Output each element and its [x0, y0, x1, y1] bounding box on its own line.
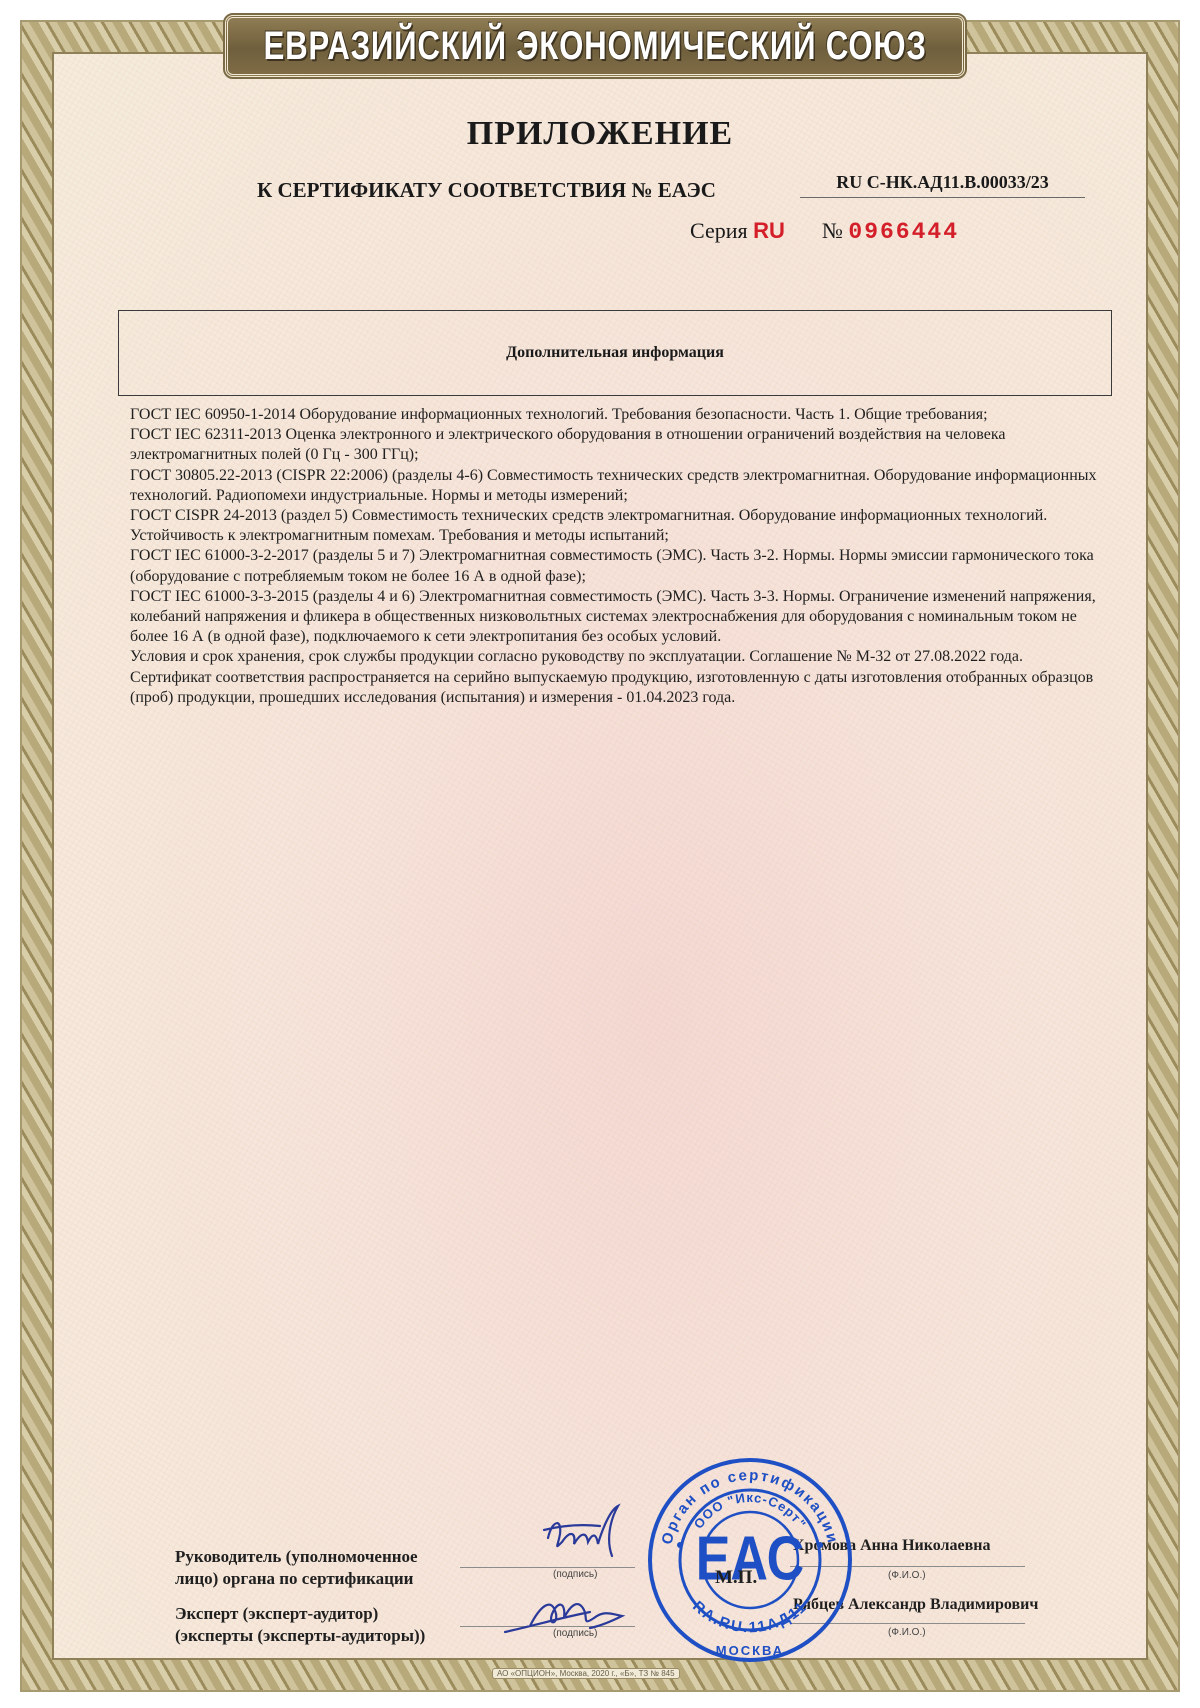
standard-item: ГОСТ IEC 62311-2013 Оценка электронного … [130, 425, 1105, 465]
certificate-sheet [20, 20, 1180, 1692]
document-title: ПРИЛОЖЕНИЕ [0, 115, 1200, 153]
storage-conditions: Условия и срок хранения, срок службы про… [130, 647, 1105, 708]
printer-mark: АО «ОПЦИОН», Москва, 2020 г., «Б», ТЗ № … [492, 1668, 680, 1679]
expert-label: Эксперт (эксперт-аудитор) (эксперты (экс… [175, 1603, 425, 1647]
head-fio-caption: (Ф.И.О.) [888, 1570, 926, 1581]
series-label: Серия [690, 218, 748, 243]
additional-info-title: Дополнительная информация [506, 344, 724, 362]
head-signature [540, 1500, 650, 1570]
series-line: Серия RU № 0966444 [690, 218, 959, 245]
head-label: Руководитель (уполномоченное лицо) орган… [175, 1546, 418, 1590]
eaeu-banner: ЕВРАЗИЙСКИЙ ЭКОНОМИЧЕСКИЙ СОЮЗ [225, 15, 965, 77]
stamp-bottom-text: RA.RU.11АД11 [689, 1598, 811, 1636]
certificate-number: RU С-НК.АД11.В.00033/23 [800, 172, 1085, 198]
expert-fio-caption: (Ф.И.О.) [888, 1627, 926, 1638]
svg-text:RA.RU.11АД11: RA.RU.11АД11 [689, 1598, 811, 1636]
standard-item: ГОСТ IEC 60950-1-2014 Оборудование инфор… [130, 405, 1105, 425]
blank-number: 0966444 [848, 219, 959, 245]
additional-info-box: Дополнительная информация [118, 310, 1112, 396]
certificate-prefix: К СЕРТИФИКАТУ СООТВЕТСТВИЯ № ЕАЭС [257, 178, 716, 203]
number-label: № [822, 218, 843, 243]
banner-title: ЕВРАЗИЙСКИЙ ЭКОНОМИЧЕСКИЙ СОЮЗ [263, 24, 926, 69]
standard-item: ГОСТ CISPR 24-2013 (раздел 5) Совместимо… [130, 506, 1105, 546]
head-signature-caption: (подпись) [553, 1569, 597, 1580]
certification-stamp: Орган по сертификации ООО "Икс-Серт" RA.… [640, 1450, 860, 1670]
standards-list: ГОСТ IEC 60950-1-2014 Оборудование инфор… [130, 405, 1105, 708]
series-value: RU [753, 218, 785, 243]
inner-frame [52, 52, 1148, 1660]
standard-item: ГОСТ IEC 61000-3-2-2017 (разделы 5 и 7) … [130, 546, 1105, 586]
expert-signature [500, 1588, 650, 1638]
standard-item: ГОСТ IEC 61000-3-3-2015 (разделы 4 и 6) … [130, 587, 1105, 648]
standard-item: ГОСТ 30805.22-2013 (CISPR 22:2006) (разд… [130, 466, 1105, 506]
seal-place-label: М.П. [715, 1567, 757, 1589]
stamp-city: МОСКВА [716, 1643, 784, 1658]
